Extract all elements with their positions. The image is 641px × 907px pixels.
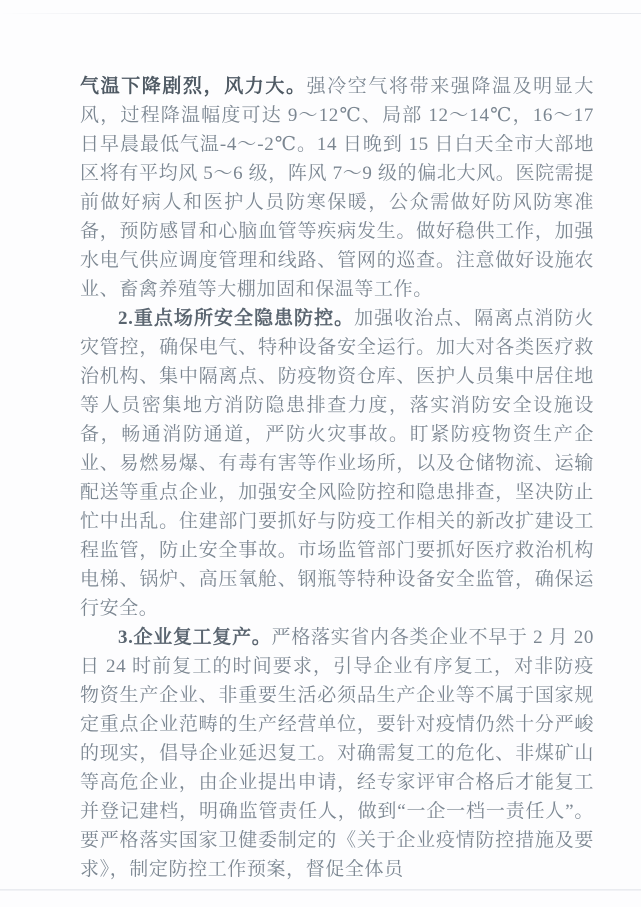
paragraph-weather-continuation: 气温下降剧烈，风力大。强冷空气将带来强降温及明显大风，过程降温幅度可达 9～12… [80,72,594,304]
document-page: 气温下降剧烈，风力大。强冷空气将带来强降温及明显大风，过程降温幅度可达 9～12… [0,0,641,907]
paragraph-item-2-key-sites: 2.重点场所安全隐患防控。加强收治点、隔离点消防火灾管控，确保电气、特种设备安全… [80,304,594,623]
paragraph-body: 加强收治点、隔离点消防火灾管控，确保电气、特种设备安全运行。加大对各类医疗救治机… [80,308,594,619]
scan-edge-top-line [0,13,641,14]
paragraph-lead: 2.重点场所安全隐患防控。 [118,308,354,329]
document-text-block: 气温下降剧烈，风力大。强冷空气将带来强降温及明显大风，过程降温幅度可达 9～12… [80,72,594,884]
paragraph-item-3-work-resumption: 3.企业复工复产。严格落实省内各类企业不早于 2 月 20 日 24 时前复工的… [80,623,594,884]
paragraph-lead: 3.企业复工复产。 [118,627,271,648]
paragraph-body: 严格落实省内各类企业不早于 2 月 20 日 24 时前复工的时间要求，引导企业… [80,627,594,880]
scan-edge-bottom-line [0,889,641,891]
paragraph-lead: 气温下降剧烈，风力大。 [80,76,307,97]
paragraph-body: 强冷空气将带来强降温及明显大风，过程降温幅度可达 9～12℃、局部 12～14℃… [80,76,594,300]
